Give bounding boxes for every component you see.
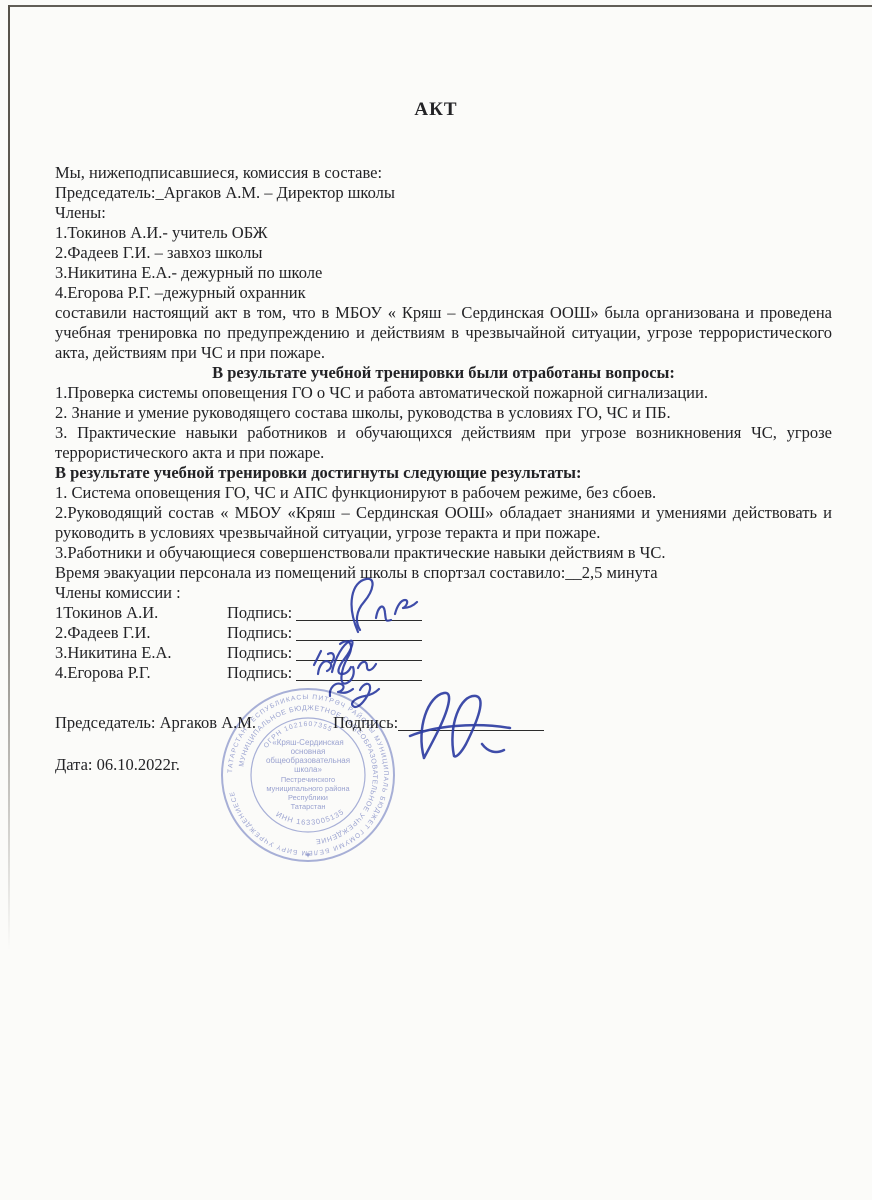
results-heading: В результате учебной тренировки достигну… xyxy=(55,463,832,483)
signature-label: Подпись: xyxy=(227,623,292,643)
signature-line xyxy=(296,603,422,621)
stamp-inn-text: ИНН 1633005135 xyxy=(275,807,346,827)
result-item: 3.Работники и обучающиеся совершенствова… xyxy=(55,543,832,563)
scanned-document-page: АКТ Мы, нижеподписавшиеся, комиссия в со… xyxy=(0,0,872,1200)
stamp-district-line: Пестречинского xyxy=(281,775,335,784)
signatory-name: 3.Никитина Е.А. xyxy=(55,643,227,663)
scan-edge-top-line xyxy=(8,5,872,7)
question-item: 3. Практические навыки работников и обуч… xyxy=(55,423,832,463)
questions-heading: В результате учебной тренировки были отр… xyxy=(55,363,832,383)
signature-label: Подпись: xyxy=(227,643,292,663)
evacuation-time-line: Время эвакуации персонала из помещений ш… xyxy=(55,563,832,583)
stamp-district-line: Республики xyxy=(288,793,328,802)
date-line: Дата: 06.10.2022г. xyxy=(55,755,832,775)
signature-line xyxy=(296,623,422,641)
signature-row: 2.Фадеев Г.И.Подпись: xyxy=(55,623,832,643)
document-body: Мы, нижеподписавшиеся, комиссия в состав… xyxy=(55,163,832,775)
document-title: АКТ xyxy=(0,98,872,122)
result-item: 1. Система оповещения ГО, ЧС и АПС функц… xyxy=(55,483,832,503)
signature-row: 1Токинов А.И.Подпись: xyxy=(55,603,832,623)
signature-line xyxy=(296,643,422,661)
member-line: 3.Никитина Е.А.- дежурный по школе xyxy=(55,263,832,283)
stamp-divider-star-icon: ✦ xyxy=(304,850,312,860)
signatory-name: 1Токинов А.И. xyxy=(55,603,227,623)
chairman-intro-line: Председатель:_Аргаков А.М. – Директор шк… xyxy=(55,183,832,203)
member-line: 2.Фадеев Г.И. – завхоз школы xyxy=(55,243,832,263)
stamp-district-line: муниципального района xyxy=(266,784,350,793)
scan-edge-left-line xyxy=(8,5,10,950)
signatory-name: 4.Егорова Р.Г. xyxy=(55,663,227,683)
commission-members-label: Члены комиссии : xyxy=(55,583,832,603)
signature-line xyxy=(296,663,422,681)
chairman-name: Председатель: Аргаков А.М. xyxy=(55,713,333,733)
signature-label: Подпись: xyxy=(227,663,292,683)
stamp-district-line: Татарстан xyxy=(291,802,326,811)
signature-label: Подпись: xyxy=(227,603,292,623)
commission-intro-line: Мы, нижеподписавшиеся, комиссия в состав… xyxy=(55,163,832,183)
result-item: 2.Руководящий состав « МБОУ «Кряш – Серд… xyxy=(55,503,832,543)
signature-row: 4.Егорова Р.Г.Подпись: xyxy=(55,663,832,683)
signature-line xyxy=(398,713,544,731)
member-line: 1.Токинов А.И.- учитель ОБЖ xyxy=(55,223,832,243)
question-item: 1.Проверка системы оповещения ГО о ЧС и … xyxy=(55,383,832,403)
members-label: Члены: xyxy=(55,203,832,223)
signature-label: Подпись: xyxy=(333,713,398,733)
member-line: 4.Егорова Р.Г. –дежурный охранник xyxy=(55,283,832,303)
signatory-name: 2.Фадеев Г.И. xyxy=(55,623,227,643)
chairman-signature-row: Председатель: Аргаков А.М.Подпись: xyxy=(55,713,832,733)
signature-row: 3.Никитина Е.А.Подпись: xyxy=(55,643,832,663)
question-item: 2. Знание и умение руководящего состава … xyxy=(55,403,832,423)
act-statement: составили настоящий акт в том, что в МБО… xyxy=(55,303,832,363)
